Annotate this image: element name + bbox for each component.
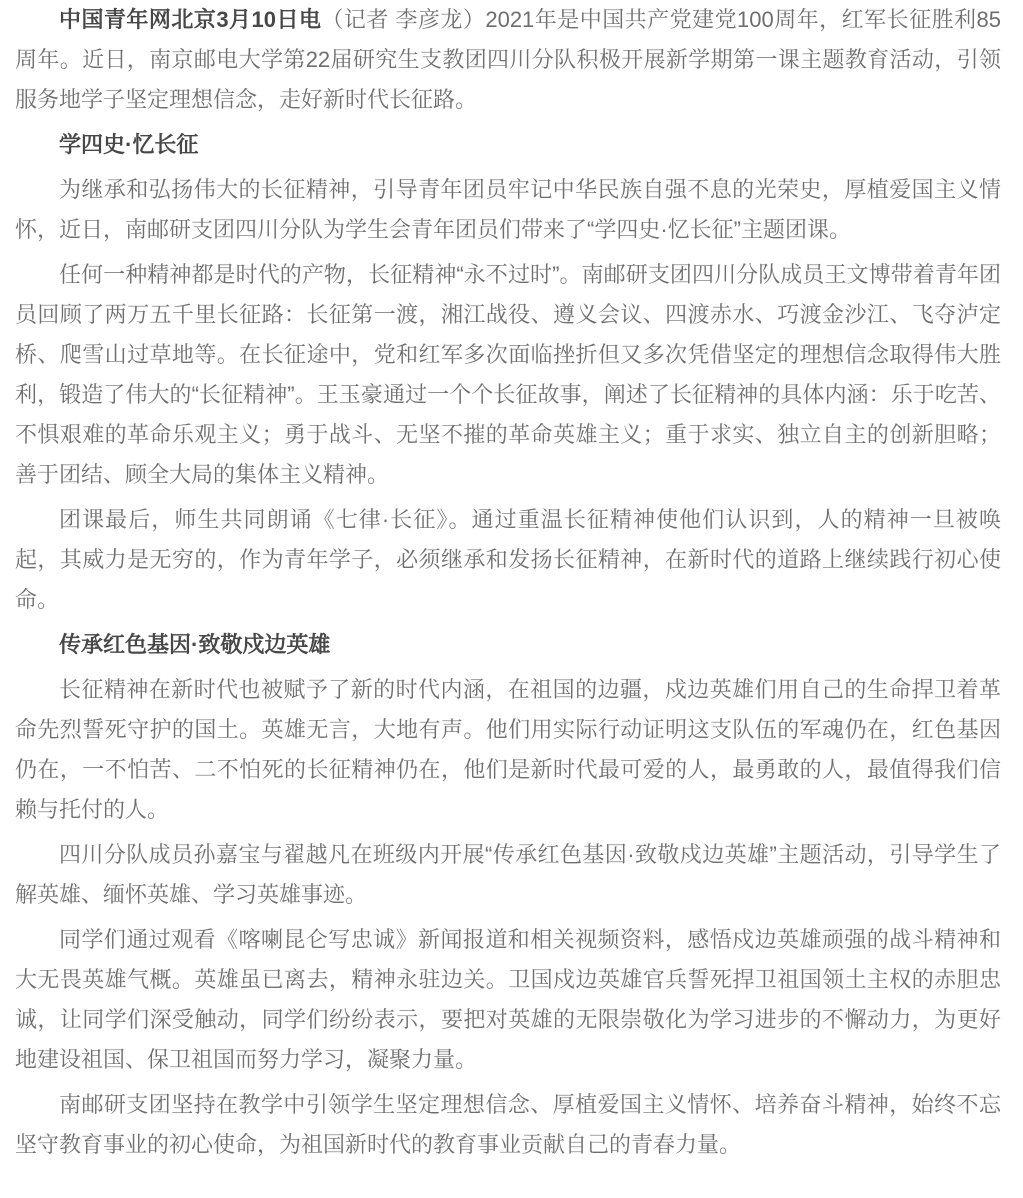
section2-paragraph-3: 同学们通过观看《喀喇昆仑写忠诚》新闻报道和相关视频资料，感悟戍边英雄顽强的战斗精… [15,920,1001,1080]
section1-heading: 学四史·忆长征 [15,125,1001,165]
section2-paragraph-2: 四川分队成员孙嘉宝与翟越凡在班级内开展“传承红色基因·致敬戍边英雄”主题活动，引… [15,835,1001,915]
section1-paragraph-1: 为继承和弘扬伟大的长征精神，引导青年团员牢记中华民族自强不息的光荣史，厚植爱国主… [15,170,1001,250]
dateline: 中国青年网北京3月10日电 [59,7,321,32]
section2-paragraph-1: 长征精神在新时代也被赋予了新的时代内涵，在祖国的边疆，戍边英雄们用自己的生命捍卫… [15,670,1001,830]
section2-heading: 传承红色基因·致敬戍边英雄 [15,625,1001,665]
section1-paragraph-3: 团课最后，师生共同朗诵《七律·长征》。通过重温长征精神使他们认识到，人的精神一旦… [15,500,1001,620]
section2-paragraph-4: 南邮研支团坚持在教学中引领学生坚定理想信念、厚植爱国主义情怀、培养奋斗精神，始终… [15,1085,1001,1165]
news-article: 中国青年网北京3月10日电（记者 李彦龙）2021年是中国共产党建党100周年，… [0,0,1023,1198]
lead-paragraph: 中国青年网北京3月10日电（记者 李彦龙）2021年是中国共产党建党100周年，… [15,0,1001,120]
section1-paragraph-2: 任何一种精神都是时代的产物，长征精神“永不过时”。南邮研支团四川分队成员王文博带… [15,255,1001,495]
